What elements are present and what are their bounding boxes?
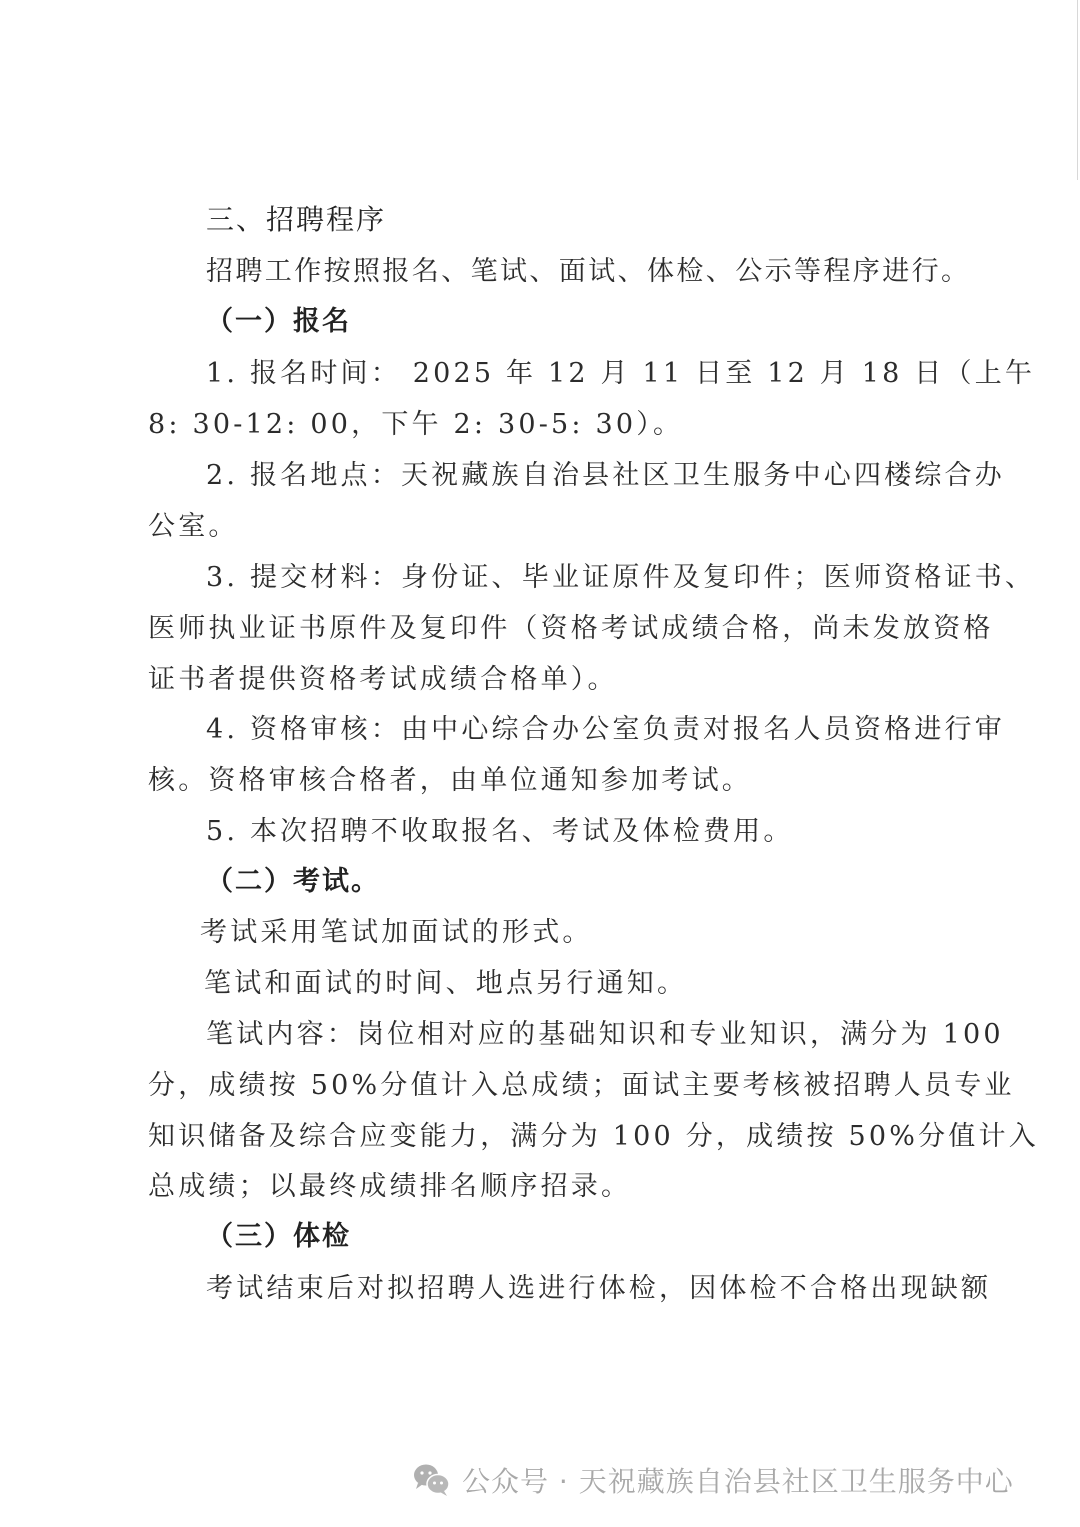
registration-time-line1: 1. 报名时间： 2025 年 12 月 11 日至 12 月 18 日（上午	[206, 357, 948, 391]
registration-place-line2: 公室。	[148, 510, 239, 544]
qualification-review-line2: 核。资格审核合格者，由单位通知参加考试。	[148, 764, 752, 798]
written-exam-line3: 知识储备及综合应变能力，满分为 100 分，成绩按 50%分值计入	[148, 1120, 948, 1154]
materials-line3: 证书者提供资格考试成绩合格单）。	[148, 663, 618, 697]
exam-schedule: 笔试和面试的时间、地点另行通知。	[204, 967, 687, 1001]
document-page: 三、招聘程序 招聘工作按照报名、笔试、面试、体检、公示等程序进行。 （一）报名 …	[0, 0, 1080, 1527]
exam-heading: （二）考试。	[206, 865, 380, 899]
intro-paragraph: 招聘工作按照报名、笔试、面试、体检、公示等程序进行。	[206, 255, 970, 289]
physical-exam-heading: （三）体检	[206, 1220, 351, 1254]
written-exam-line4: 总成绩；以最终成绩排名顺序招录。	[148, 1170, 631, 1204]
fee-notice: 5. 本次招聘不收取报名、考试及体检费用。	[206, 815, 794, 849]
registration-place-line1: 2. 报名地点：天祝藏族自治县社区卫生服务中心四楼综合办	[206, 459, 948, 493]
materials-line2: 医师执业证书原件及复印件（资格考试成绩合格，尚未发放资格	[148, 612, 948, 646]
section-title: 三、招聘程序	[206, 203, 386, 237]
registration-heading: （一）报名	[206, 305, 351, 339]
written-exam-line2: 分，成绩按 50%分值计入总成绩；面试主要考核被招聘人员专业	[148, 1069, 948, 1103]
wechat-watermark: 公众号 · 天祝藏族自治县社区卫生服务中心	[412, 1460, 1014, 1500]
wechat-icon	[412, 1462, 452, 1498]
exam-format: 考试采用笔试加面试的形式。	[200, 916, 593, 950]
written-exam-line1: 笔试内容：岗位相对应的基础知识和专业知识，满分为 100	[206, 1018, 948, 1052]
watermark-text: 公众号 · 天祝藏族自治县社区卫生服务中心	[462, 1460, 1014, 1500]
page-edge-divider	[1077, 0, 1078, 180]
physical-exam-line1: 考试结束后对拟招聘人选进行体检，因体检不合格出现缺额	[206, 1272, 948, 1306]
qualification-review-line1: 4. 资格审核：由中心综合办公室负责对报名人员资格进行审	[206, 713, 948, 747]
registration-time-line2: 8: 30-12: 00，下午 2: 30-5: 30）。	[148, 408, 683, 442]
materials-line1: 3. 提交材料：身份证、毕业证原件及复印件；医师资格证书、	[206, 561, 948, 595]
